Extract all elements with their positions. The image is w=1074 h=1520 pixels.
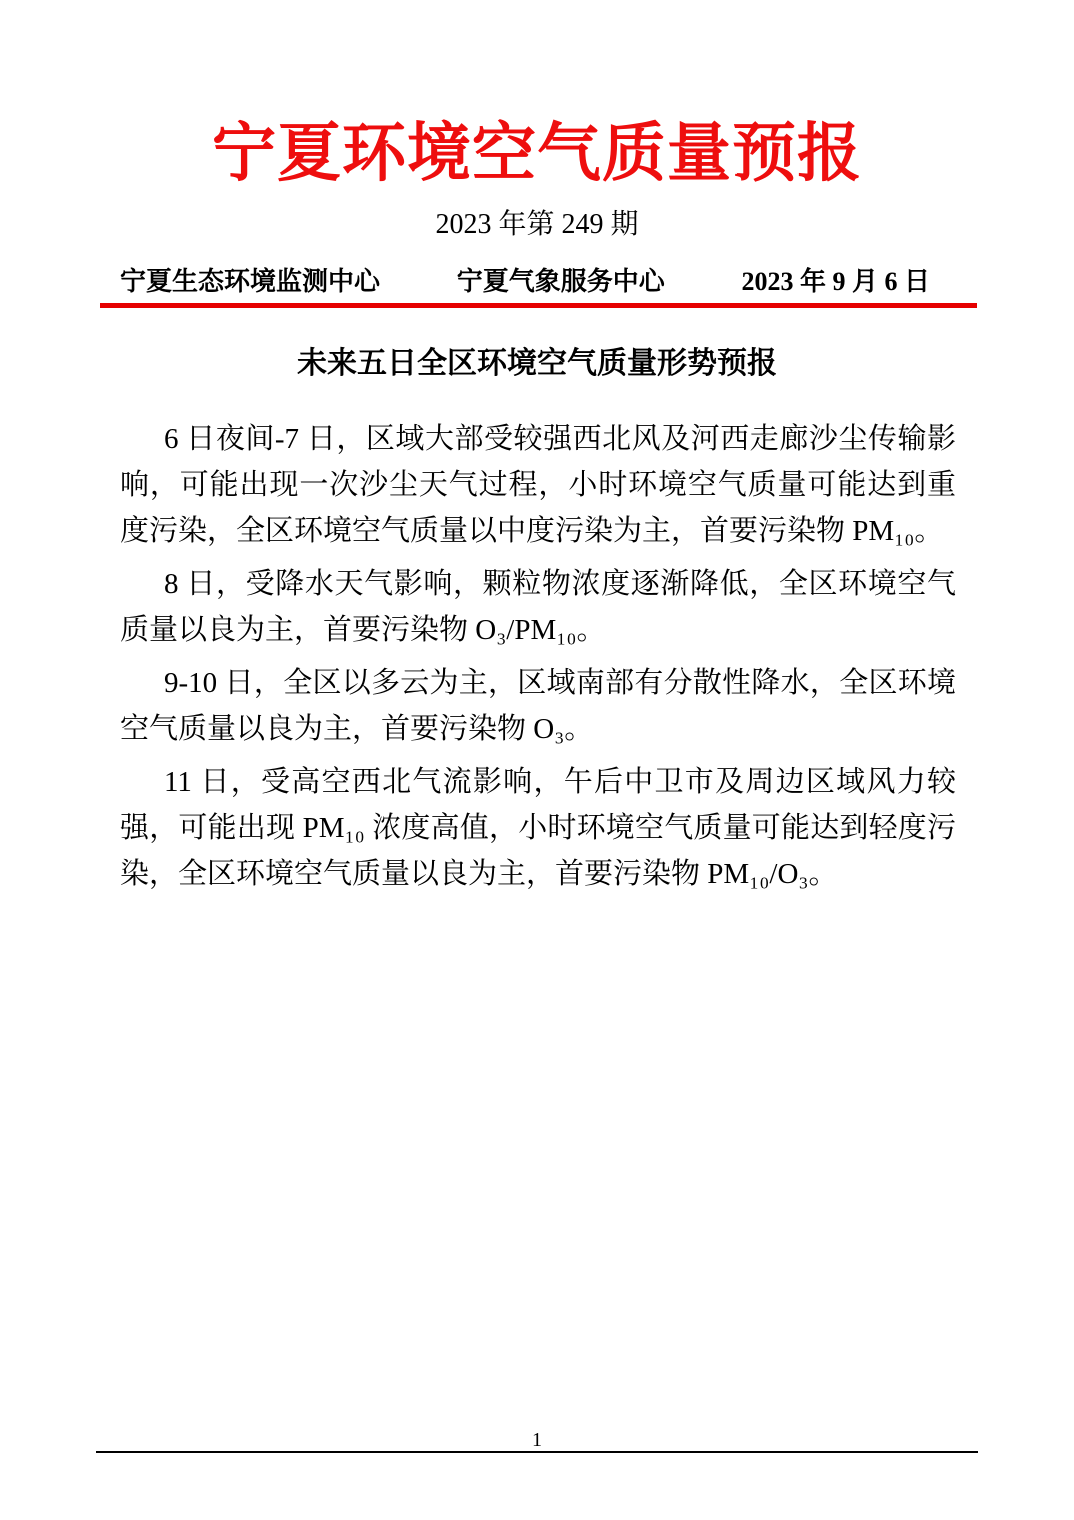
forecast-paragraph-4: 11 日，受高空西北气流影响，午后中卫市及周边区域风力较强，可能出现 PM₁₀ …	[120, 759, 956, 897]
issue-number: 2023 年第 249 期	[0, 209, 1074, 241]
forecast-paragraph-3: 9-10 日，全区以多云为主，区域南部有分散性降水，全区环境空气质量以良为主，首…	[120, 660, 956, 752]
document-title: 宁夏环境空气质量预报	[0, 0, 1074, 193]
forecast-text: 6 日夜间-7 日，区域大部受较强西北风及河西走廊沙尘传输影响，可能出现一次沙尘…	[120, 416, 956, 897]
document-header: 宁夏环境空气质量预报 2023 年第 249 期 宁夏生态环境监测中心 宁夏气象…	[0, 0, 1074, 308]
forecast-paragraph-2: 8 日，受降水天气影响，颗粒物浓度逐渐降低，全区环境空气质量以良为主，首要污染物…	[120, 561, 956, 653]
page-number: 1	[0, 1430, 1074, 1450]
document-page: 宁夏环境空气质量预报 2023 年第 249 期 宁夏生态环境监测中心 宁夏气象…	[0, 0, 1074, 1520]
section-heading: 未来五日全区环境空气质量形势预报	[0, 346, 1074, 382]
footer-divider	[96, 1451, 978, 1453]
document-body: 未来五日全区环境空气质量形势预报 6 日夜间-7 日，区域大部受较强西北风及河西…	[0, 346, 1074, 897]
agency-monitoring-center: 宁夏生态环境监测中心	[120, 267, 380, 297]
forecast-paragraph-1: 6 日夜间-7 日，区域大部受较强西北风及河西走廊沙尘传输影响，可能出现一次沙尘…	[120, 416, 956, 554]
masthead-row: 宁夏生态环境监测中心 宁夏气象服务中心 2023 年 9 月 6 日	[120, 267, 930, 297]
page-footer: 1	[0, 1430, 1074, 1453]
publish-date: 2023 年 9 月 6 日	[741, 267, 930, 297]
agency-weather-center: 宁夏气象服务中心	[457, 267, 665, 297]
header-divider	[100, 303, 977, 308]
